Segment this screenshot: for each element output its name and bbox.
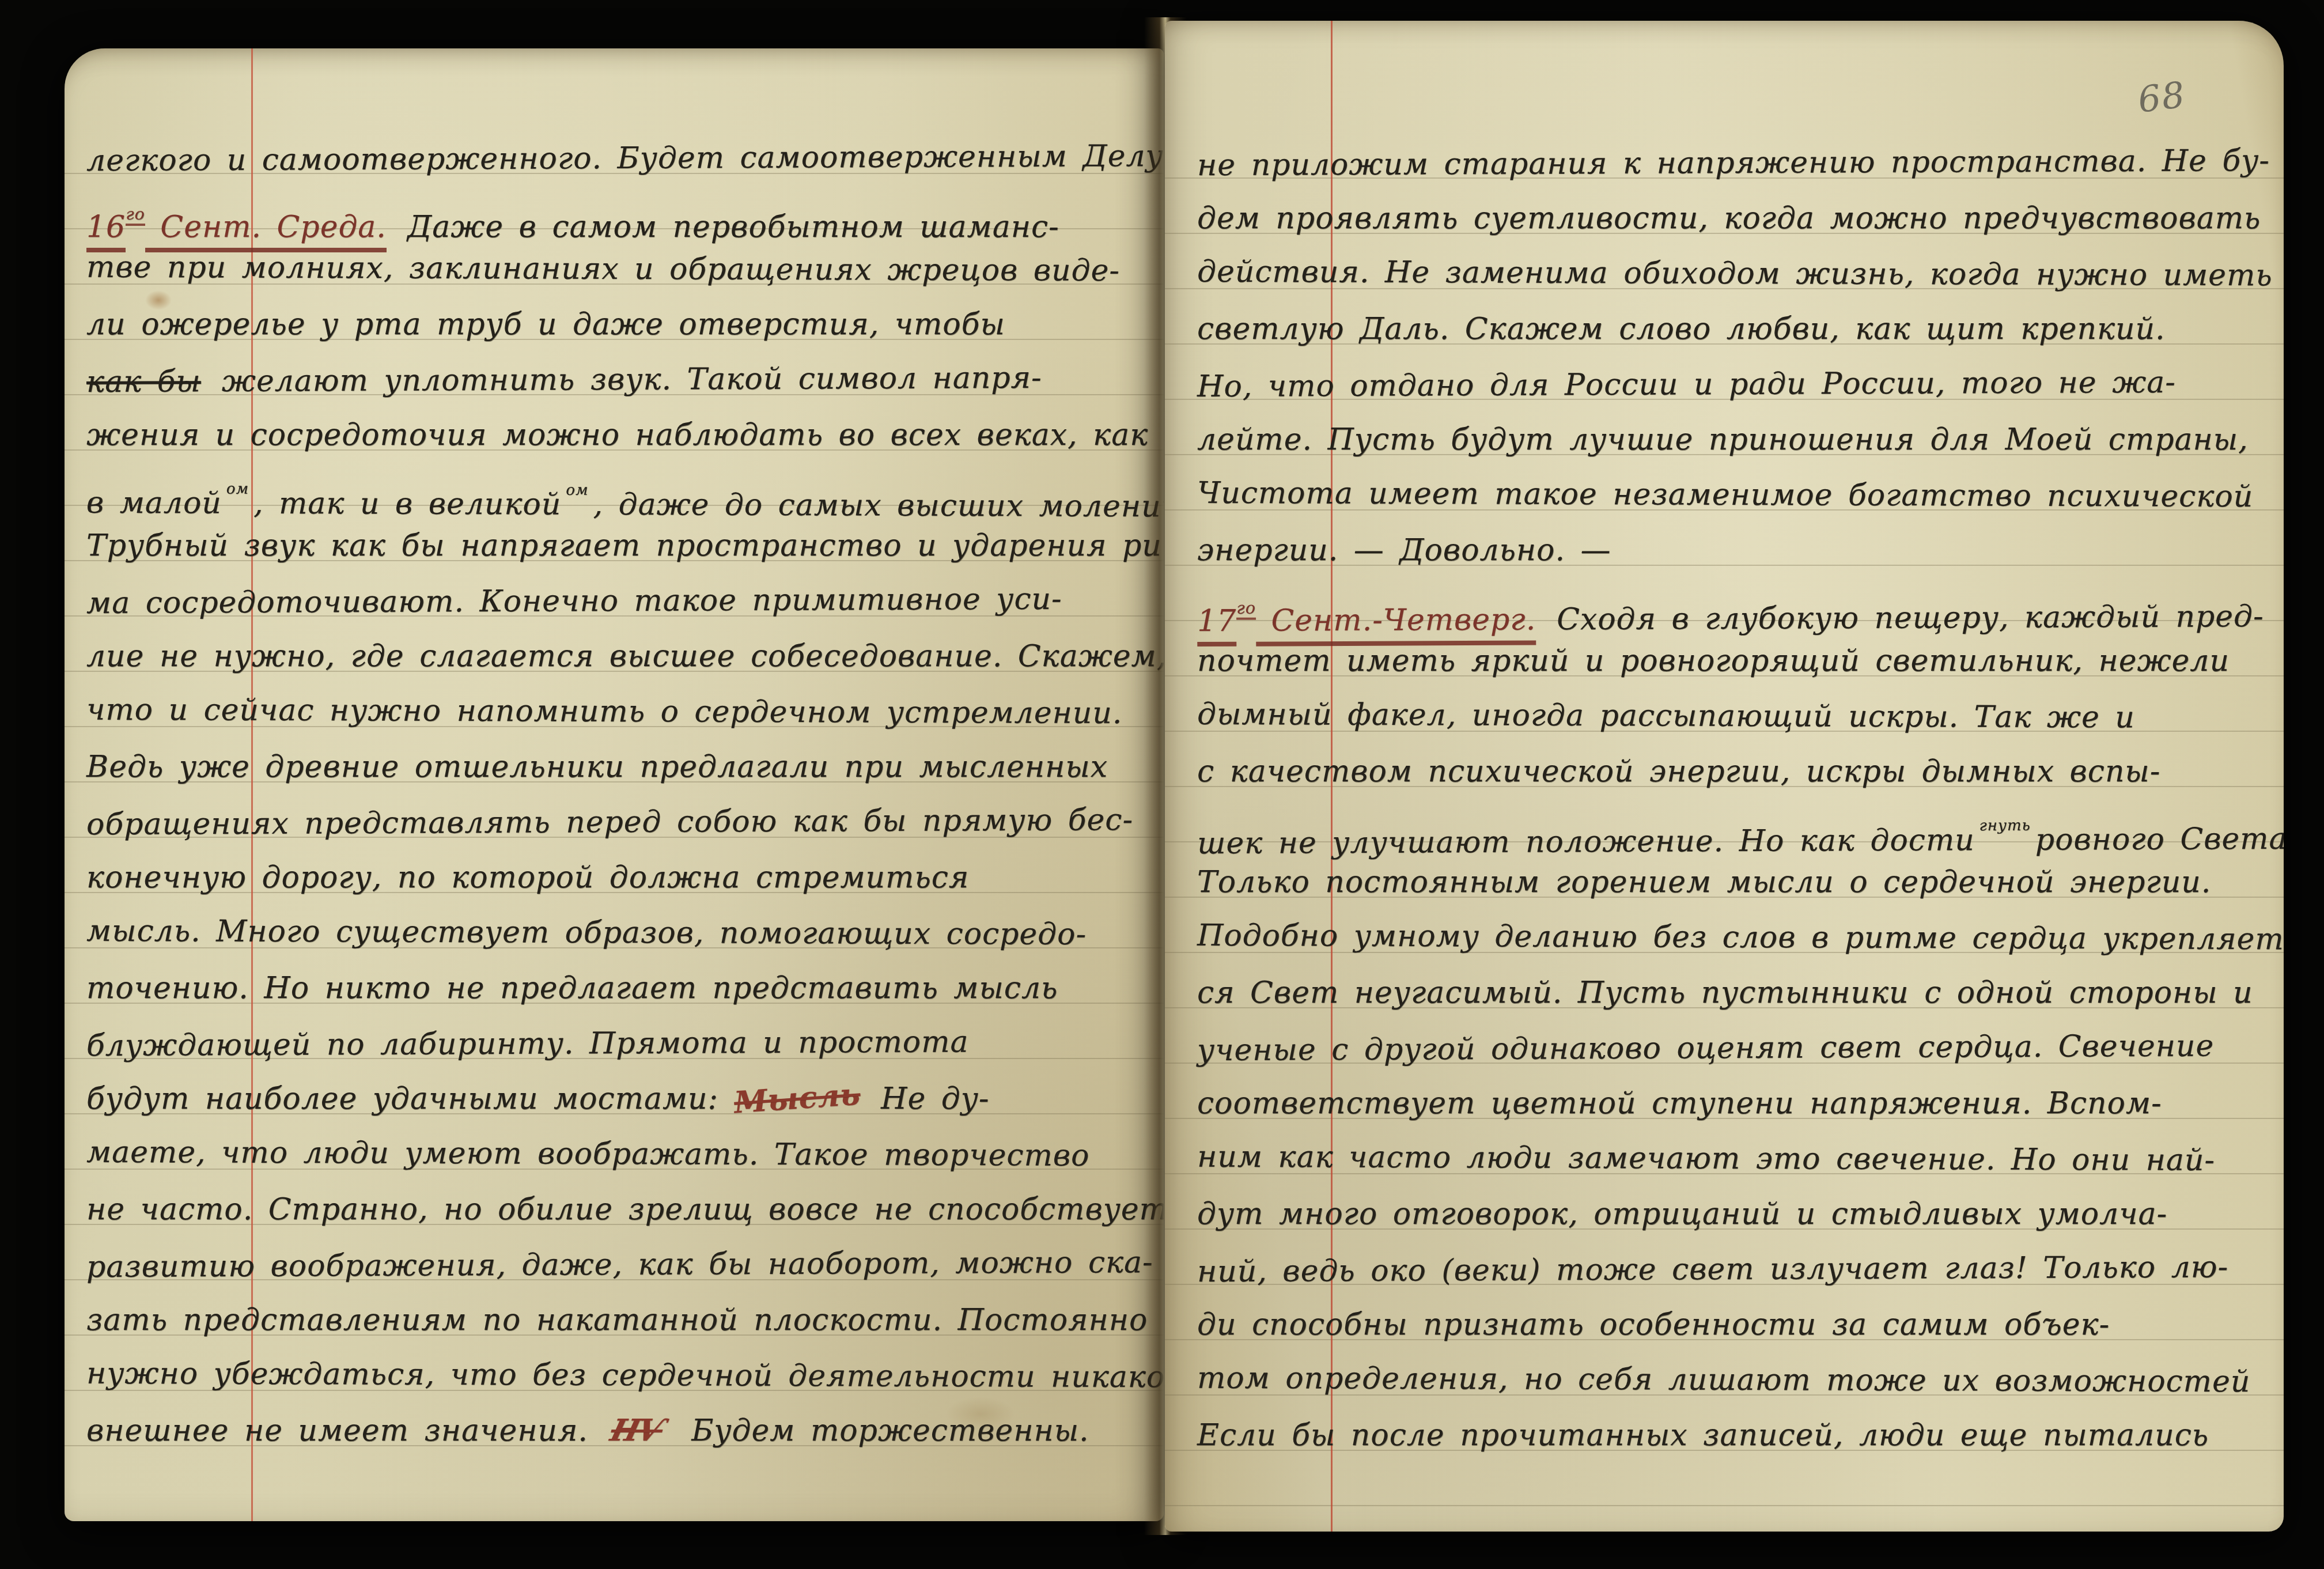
text-segment: дут много отговорок, отрицаний и стыдлив… (1197, 1197, 2167, 1231)
text-segment: легкого и самоотверженного. Будет самоот… (86, 139, 1164, 178)
text-segment: тве при молниях, заклинаниях и обращения… (86, 250, 1120, 288)
text-segment: ли ожерелье у рта труб и даже отверстия,… (86, 307, 1005, 342)
text-segment: не приложим старания к напряжению простр… (1197, 143, 2270, 183)
right-line-1: не приложим старания к напряжению простр… (1197, 135, 2274, 191)
text-segment: дем проявлять суетливости, когда можно п… (1197, 201, 2261, 236)
right-line-16: ся Свет неугасимый. Пусть пустынники с о… (1197, 967, 2274, 1019)
left-line-15: мысль. Много существует образов, помогаю… (86, 905, 1152, 961)
right-line-19: ним как часто люди замечают это свечение… (1197, 1131, 2274, 1187)
left-line-14: конечную дорогу, по которой должна стрем… (86, 852, 1152, 903)
text-segment: Но, что отдано для России и ради России,… (1197, 365, 2176, 404)
text-segment: в малой (86, 486, 222, 521)
text-segment: мысль. Много существует образов, помогаю… (86, 914, 1087, 952)
text-segment: ся Свет неугасимый. Пусть пустынники с о… (1197, 976, 2253, 1010)
text-segment: почтет иметь яркий и ровногорящий светил… (1197, 644, 2230, 678)
left-line-3: тве при молниях, заклинаниях и обращения… (86, 241, 1152, 297)
right-line-21: ний, ведь око (веки) тоже свет излучает … (1197, 1241, 2274, 1298)
text-segment: , так и в великой (253, 486, 561, 522)
right-line-11: дымный факел, иногда рассыпающий искры. … (1197, 689, 2274, 744)
left-line-16: точению. Но никто не предлагает представ… (86, 962, 1152, 1014)
left-line-21: развитию воображения, даже, как бы наобо… (86, 1237, 1152, 1293)
left-line-12: Ведь уже древние отшельники предлагали п… (86, 741, 1152, 793)
text-segment: маете, что люди умеют воображать. Такое … (86, 1135, 1090, 1173)
text-segment: том определения, но себя лишают тоже их … (1197, 1361, 2250, 1399)
text-segment: внешнее не имеет значения. (86, 1413, 603, 1448)
text-segment: развитию воображения, даже, как бы наобо… (86, 1245, 1153, 1284)
right-line-12: с качеством психической энергии, искры д… (1197, 746, 2274, 797)
left-line-6: жения и сосредоточия можно наблюдать во … (86, 409, 1152, 461)
left-line-4: ли ожерелье у рта труб и даже отверстия,… (86, 298, 1152, 350)
manuscript-scan: легкого и самоотверженного. Будет самоот… (0, 0, 2324, 1569)
text-segment: Подобно умному деланию без слов в ритме … (1197, 918, 2284, 957)
text-segment: лие не нужно, где слагается высшее собес… (86, 639, 1164, 674)
text-segment: конечную дорогу, по которой должна стрем… (86, 860, 969, 895)
right-line-6: лейте. Пусть будут лучшие приношения для… (1197, 414, 2274, 466)
right-line-15: Подобно умному деланию без слов в ритме … (1197, 910, 2274, 966)
text-segment: ученые с другой одинаково оценят свет се… (1197, 1029, 2214, 1068)
left-line-11: что и сейчас нужно напомнить о сердечном… (86, 684, 1152, 739)
right-line-13: шек не улучшают положение. Но как достиг… (1197, 799, 2274, 855)
text-segment: шек не улучшают положение. Но как дости (1197, 823, 1975, 861)
right-line-8: энергии. — Довольно. — (1197, 524, 2274, 576)
text-segment: Сходя в глубокую пещеру, каждый пред- (1557, 599, 2264, 637)
right-line-18: соответствует цветной ступени напряжения… (1197, 1077, 2274, 1129)
left-line-19: маете, что люди умеют воображать. Такое … (86, 1126, 1152, 1182)
right-line-2: дем проявлять суетливости, когда можно п… (1197, 192, 2274, 244)
text-segment: Трубный звук как бы напрягает пространст… (86, 528, 1164, 563)
left-line-9: ма сосредоточивают. Конечно такое примит… (86, 573, 1152, 629)
text-segment: Ведь уже древние отшельники предлагали п… (86, 750, 1108, 784)
text-segment: ма сосредоточивают. Конечно такое примит… (86, 582, 1062, 621)
right-line-22: ди способны признать особенности за сами… (1197, 1299, 2274, 1351)
right-line-9: 17го Сент.-Четверг.Сходя в глубокую пеще… (1197, 577, 2274, 634)
left-line-2: 16го Сент. Среда.Даже в самом первобытно… (86, 188, 1152, 240)
right-line-23: том определения, но себя лишают тоже их … (1197, 1352, 2274, 1408)
right-line-3: действия. Не заменима обиходом жизнь, ко… (1197, 246, 2274, 302)
text-segment: Даже в самом первобытном шаманс- (407, 210, 1059, 244)
text-segment: дымный факел, иногда рассыпающий искры. … (1197, 697, 2135, 735)
left-line-5: как быжелают уплотнить звук. Такой симво… (86, 351, 1152, 408)
red-monogram: НѴ (605, 1405, 669, 1457)
text-segment: Будем торжественны. (691, 1413, 1089, 1448)
right-line-20: дут много отговорок, отрицаний и стыдлив… (1197, 1188, 2274, 1240)
text-segment: Если бы после прочитанных записей, люди … (1197, 1418, 2209, 1453)
left-page: легкого и самоотверженного. Будет самоот… (65, 48, 1164, 1521)
left-line-13: обращениях представлять перед собою как … (86, 794, 1152, 850)
date-heading: го (1236, 598, 1256, 620)
date-heading: го (126, 204, 145, 226)
text-segment: ним как часто люди замечают это свечение… (1197, 1140, 2215, 1178)
left-line-7: в малойом, так и в великойом, даже до са… (86, 463, 1152, 518)
text-segment: ровного Света? (2035, 822, 2284, 857)
text-segment: Только постоянным горением мысли о серде… (1197, 865, 2211, 899)
text-segment: будут наиболее удачными мостами: (86, 1082, 734, 1116)
text-segment: ом (566, 482, 588, 499)
right-page-text: не приложим старания к напряжению простр… (1165, 21, 2284, 1532)
left-line-1: легкого и самоотверженного. Будет самоот… (86, 130, 1152, 187)
text-segment: как бы (86, 364, 201, 399)
text-segment: ний, ведь око (веки) тоже свет излучает … (1197, 1250, 2228, 1289)
left-page-text: легкого и самоотверженного. Будет самоот… (65, 48, 1164, 1521)
right-line-17: ученые с другой одинаково оценят свет се… (1197, 1020, 2274, 1076)
left-line-20: не часто. Странно, но обилие зрелищ вовс… (86, 1184, 1152, 1235)
text-segment: светлую Даль. Скажем слово любви, как щи… (1197, 312, 2165, 346)
text-segment: что и сейчас нужно напомнить о сердечном… (86, 693, 1122, 731)
text-segment: Чистота имеет такое незаменимое богатств… (1197, 476, 2253, 514)
text-segment: лейте. Пусть будут лучшие приношения для… (1197, 422, 2249, 457)
text-segment: ди способны признать особенности за сами… (1197, 1307, 2110, 1342)
text-segment: жения и сосредоточия можно наблюдать во … (86, 418, 1148, 452)
right-line-4: светлую Даль. Скажем слово любви, как щи… (1197, 303, 2274, 355)
right-line-10: почтет иметь яркий и ровногорящий светил… (1197, 635, 2274, 687)
text-segment: гнуть (1979, 817, 2030, 834)
text-segment: зать представлениям по накатанной плоско… (86, 1303, 1148, 1337)
text-segment: энергии. — Довольно. — (1197, 533, 1611, 568)
text-segment: точению. Но никто не предлагает представ… (86, 971, 1058, 1005)
right-line-24: Если бы после прочитанных записей, люди … (1197, 1409, 2274, 1461)
text-segment: Не ду- (881, 1082, 989, 1116)
right-page: 68 не приложим старания к напряжению про… (1165, 21, 2284, 1532)
text-segment: желают уплотнить звук. Такой символ напр… (222, 361, 1042, 399)
right-line-14: Только постоянным горением мысли о серде… (1197, 856, 2274, 908)
left-line-24: внешнее не имеет значения. НѴБудем торже… (86, 1405, 1152, 1457)
text-segment: с качеством психической энергии, искры д… (1197, 754, 2160, 789)
text-segment: соответствует цветной ступени напряжения… (1197, 1086, 2162, 1121)
right-line-5: Но, что отдано для России и ради России,… (1197, 356, 2274, 413)
red-crossed-word: Мысль (732, 1068, 862, 1129)
left-line-22: зать представлениям по накатанной плоско… (86, 1294, 1152, 1346)
text-segment: обращениях представлять перед собою как … (86, 803, 1133, 842)
text-segment: не часто. Странно, но обилие зрелищ вовс… (86, 1192, 1164, 1227)
left-line-10: лие не нужно, где слагается высшее собес… (86, 630, 1152, 682)
left-line-18: будут наиболее удачными мостами: МысльНе… (86, 1073, 1152, 1125)
right-line-7: Чистота имеет такое незаменимое богатств… (1197, 467, 2274, 523)
left-line-8: Трубный звук как бы напрягает пространст… (86, 520, 1152, 572)
left-line-23: нужно убеждаться, что без сердечной деят… (86, 1348, 1152, 1403)
text-segment: , даже до самых высших молений. (593, 487, 1164, 524)
text-segment: нужно убеждаться, что без сердечной деят… (86, 1356, 1164, 1395)
text-segment: действия. Не заменима обиходом жизнь, ко… (1197, 255, 2273, 293)
text-segment: блуждающей по лабиринту. Прямота и прост… (86, 1024, 969, 1063)
left-line-17: блуждающей по лабиринту. Прямота и прост… (86, 1015, 1152, 1072)
text-segment: ом (226, 481, 249, 498)
